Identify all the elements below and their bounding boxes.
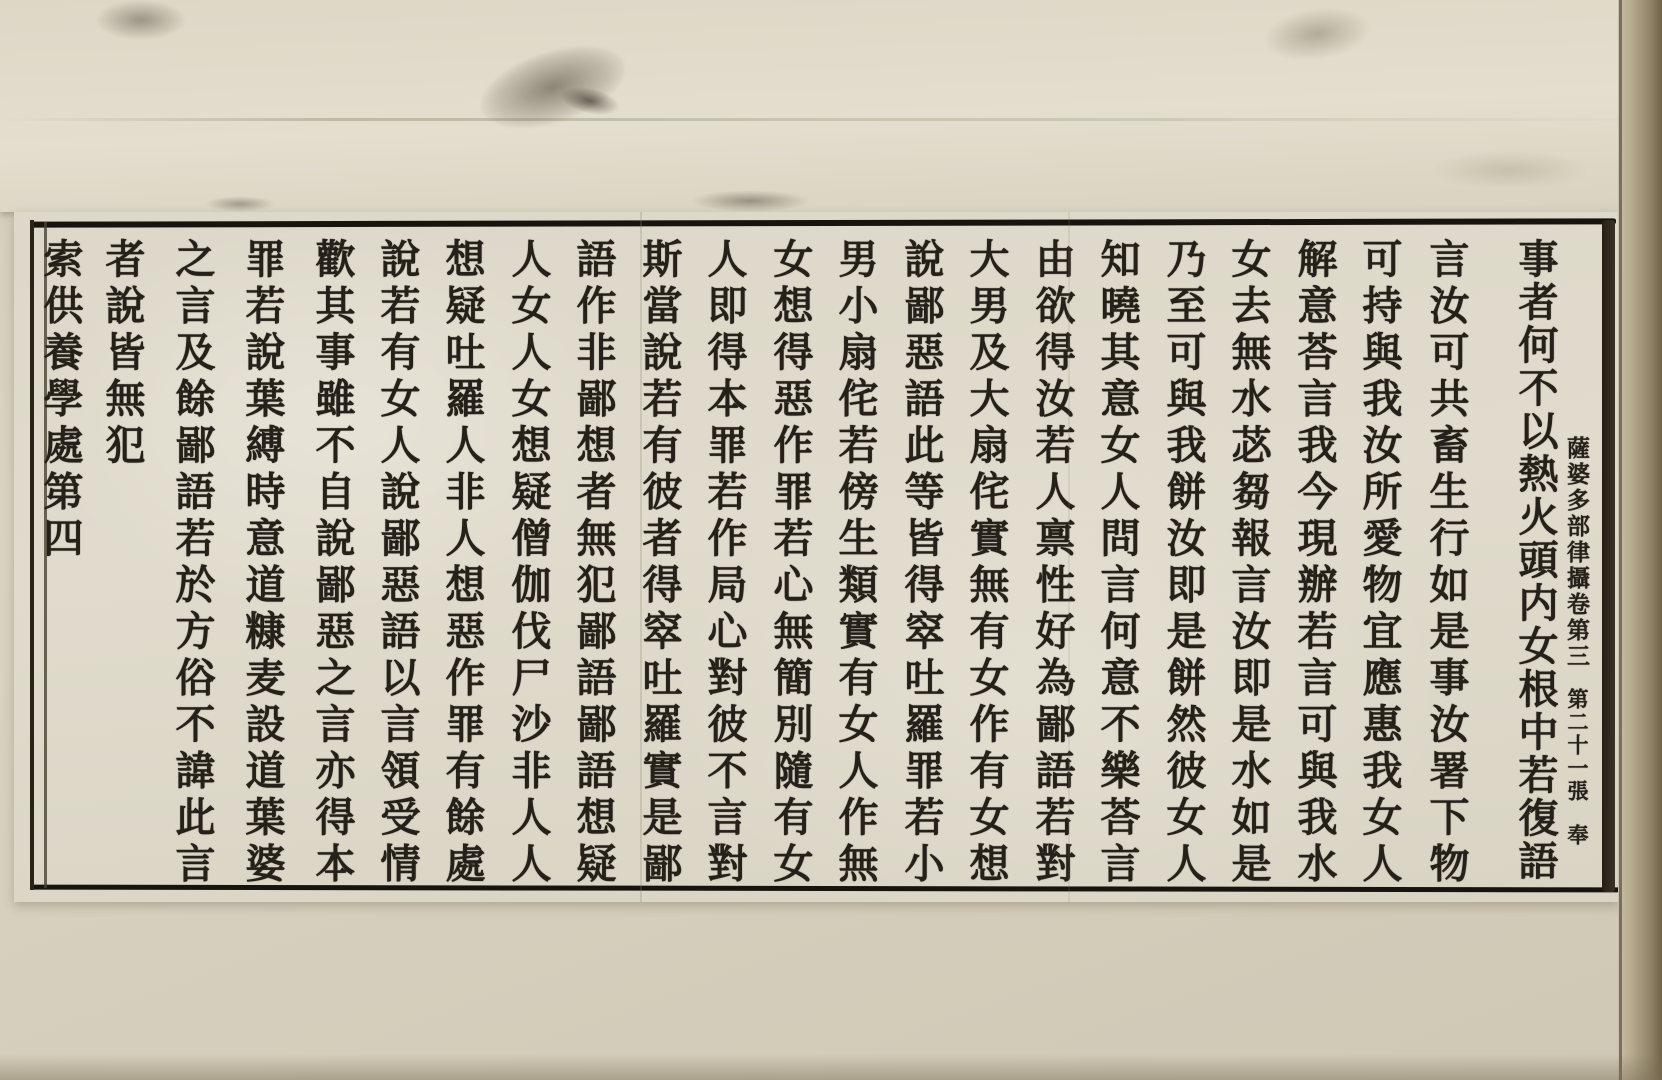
ink-stain <box>558 82 622 120</box>
fore-edge-shadow-line <box>1619 0 1622 1080</box>
printed-text-block: 薩婆多部律攝卷第三 第二十一張 奉 事者何不以熱火頭内女根中若復語言汝可共畜生行… <box>14 212 1620 902</box>
scanned-page: 薩婆多部律攝卷第三 第二十一張 奉 事者何不以熱火頭内女根中若復語言汝可共畜生行… <box>0 0 1662 1080</box>
text-column: 言汝可共畜生行如是事汝署下物 <box>1418 238 1475 889</box>
text-column: 女去無水苾芻報言汝即是水如是 <box>1220 238 1277 889</box>
text-column: 女想得惡作罪若心無簡別隨有女 <box>762 238 819 889</box>
paper-crease <box>640 212 642 902</box>
text-column: 可持與我汝所愛物宜應惠我女人 <box>1351 238 1408 889</box>
margin-case-mark: 奉 <box>1562 824 1592 847</box>
ink-stain <box>205 196 275 212</box>
text-column: 者說皆無犯 <box>94 238 151 471</box>
text-column: 想疑吐羅人非人想惡作罪有餘處 <box>434 238 491 889</box>
paper-fold-crease <box>0 118 1662 121</box>
ink-stain <box>96 0 186 40</box>
text-column: 事者何不以熱火頭内女根中若復語 <box>1507 238 1564 883</box>
ink-stain <box>1430 150 1590 190</box>
text-column: 由欲得汝若人禀性好為鄙語若對 <box>1024 238 1081 889</box>
text-column: 解意荅言我今現辦若言可與我水 <box>1286 238 1343 889</box>
text-column: 說鄙惡語此等皆得窣吐羅罪若小 <box>893 238 950 889</box>
text-column: 乃至可與我餅汝即是餅然彼女人 <box>1155 238 1212 889</box>
ink-stain <box>1259 1 1375 68</box>
margin-sheet-number: 第二十一張 <box>1562 688 1592 803</box>
text-column: 男小扇侘若傍生類實有女人作無 <box>827 238 884 889</box>
text-column: 語作非鄙想者無犯鄙語鄙語想疑 <box>565 238 622 889</box>
section-heading-column: 索供養學處第四 <box>32 238 89 564</box>
text-column: 說若有女人說鄙惡語以言領受情 <box>369 238 426 889</box>
text-column: 人即得本罪若作局心對彼不言對 <box>696 238 753 889</box>
text-column: 罪若說葉縛時意道糠麦設道葉婆 <box>234 238 291 889</box>
bottom-edge-shadow <box>0 1054 1662 1080</box>
ink-stain <box>690 190 810 212</box>
text-column: 知曉其意女人問言何意不樂荅言 <box>1089 238 1146 889</box>
margin-scripture-title: 薩婆多部律攝卷第三 <box>1560 436 1593 670</box>
text-column: 歡其事雖不自說鄙惡之言亦得本 <box>304 238 361 889</box>
text-column: 大男及大扇侘實無有女作有女想 <box>958 238 1015 889</box>
paper-crease <box>1068 212 1070 902</box>
frame-rule-right <box>1602 220 1615 892</box>
ink-stain <box>471 31 635 144</box>
book-fore-edge <box>1618 0 1662 1080</box>
text-column: 之言及餘鄙語若於方俗不諱此言 <box>164 238 221 889</box>
text-column: 人女人女想疑僧伽伐尸沙非人人 <box>500 238 557 889</box>
frame-rule-top <box>30 218 1616 227</box>
blank-top-margin <box>0 0 1662 212</box>
